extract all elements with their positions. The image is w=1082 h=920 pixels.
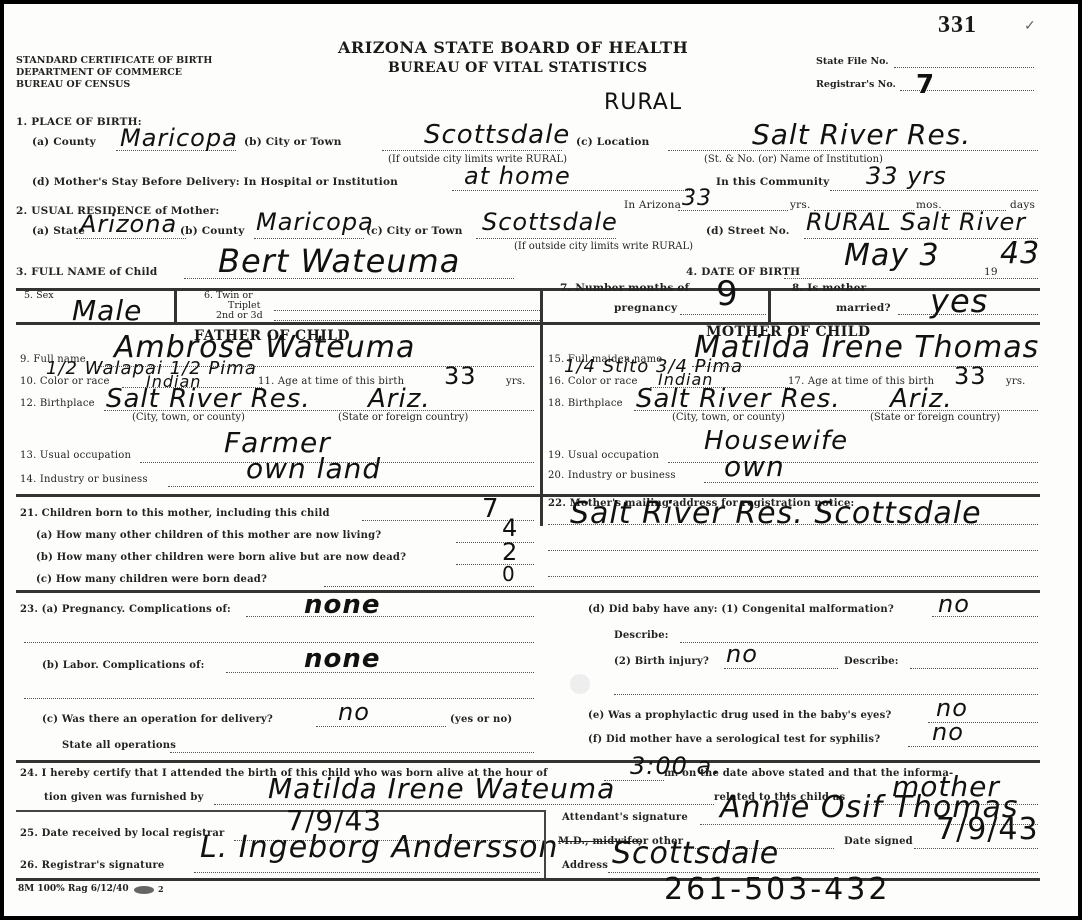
state-file-label: State File No. xyxy=(816,56,889,67)
location-label: (c) Location xyxy=(576,136,649,148)
children-stillborn-value: 0 xyxy=(502,562,516,586)
res-county-value: Maricopa xyxy=(256,208,374,236)
id-number: 261-503-432 xyxy=(664,872,890,907)
header-line-3: BUREAU OF CENSUS xyxy=(16,79,130,90)
mother-race-label: 16. Color or race xyxy=(548,376,638,387)
print-info: 8M 100% Rag 6/12/40 xyxy=(18,884,129,894)
date-signed-value: 7/9/43 xyxy=(936,812,1039,847)
mother-birthplace-state: Ariz. xyxy=(890,384,953,414)
married-value: yes xyxy=(930,282,988,320)
furnished-by-label: tion given was furnished by xyxy=(44,792,204,803)
father-occupation-label: 13. Usual occupation xyxy=(20,450,131,461)
certificate-number: 331 xyxy=(938,12,977,39)
date-signed-label: Date signed xyxy=(844,836,913,847)
father-birthplace-state: Ariz. xyxy=(368,384,431,414)
header-line-2: DEPARTMENT OF COMMERCE xyxy=(16,67,182,78)
malformation-label: (d) Did baby have any: (1) Congenital ma… xyxy=(588,604,894,615)
father-state-hint: (State or foreign country) xyxy=(338,412,468,423)
mailing-value: Salt River Res. Scottsdale xyxy=(570,496,982,531)
dob-label: 4. DATE OF BIRTH xyxy=(686,266,800,278)
father-industry-label: 14. Industry or business xyxy=(20,474,148,485)
community-value: 33 yrs xyxy=(866,162,947,190)
order-label: 2nd or 3d xyxy=(216,310,263,321)
birth-location-value: Salt River Res. xyxy=(752,118,971,151)
header-line-1: STANDARD CERTIFICATE OF BIRTH xyxy=(16,55,212,66)
res-city-value: Scottsdale xyxy=(482,208,618,236)
res-county-label: (b) County xyxy=(180,225,245,237)
res-street-value: RURAL Salt River xyxy=(806,208,1026,236)
father-birthplace-value: Salt River Res. xyxy=(106,384,311,414)
arizona-value: 33 xyxy=(682,186,712,211)
father-age-unit: yrs. xyxy=(506,376,526,387)
father-birthplace-label: 12. Birthplace xyxy=(20,398,95,409)
registrar-signature-value: L. Ingeborg Andersson xyxy=(200,830,558,865)
pregnancy-complications-value: none xyxy=(304,590,381,620)
county-label: (a) County xyxy=(32,136,96,148)
paper-blemish xyxy=(570,674,590,694)
married-label: 8. Is mother xyxy=(792,282,866,294)
check-mark-icon: ✓ xyxy=(1024,18,1036,34)
stay-label: (d) Mother's Stay Before Delivery: In Ho… xyxy=(32,176,398,188)
child-name-label: 3. FULL NAME of Child xyxy=(16,266,157,278)
mother-city-hint: (City, town, or county) xyxy=(672,412,785,423)
labor-complications-label: (b) Labor. Complications of: xyxy=(42,660,205,671)
mother-age-unit: yrs. xyxy=(1006,376,1026,387)
city-label: (b) City or Town xyxy=(244,136,342,148)
operation-value: no xyxy=(338,698,370,726)
rural-note: RURAL xyxy=(604,90,682,115)
document-subtitle: BUREAU OF VITAL STATISTICS xyxy=(388,60,648,76)
pregnancy-complications-label: 23. (a) Pregnancy. Complications of: xyxy=(20,604,231,615)
labor-complications-value: none xyxy=(304,644,381,674)
attendant-address-value: Scottsdale xyxy=(612,836,779,871)
registrar-signature-label: 26. Registrar's signature xyxy=(20,860,164,871)
mother-age-value: 33 xyxy=(954,362,987,390)
sex-label: 5. Sex xyxy=(24,290,54,301)
mother-industry-label: 20. Industry or business xyxy=(548,470,676,481)
children-total-label: 21. Children born to this mother, includ… xyxy=(20,508,330,519)
mother-state-hint: (State or foreign country) xyxy=(870,412,1000,423)
father-age-value: 33 xyxy=(444,362,477,390)
birth-injury-label: (2) Birth injury? xyxy=(614,656,709,667)
malformation-value: no xyxy=(938,590,970,618)
children-total-value: 7 xyxy=(482,494,500,524)
mother-birthplace-label: 18. Birthplace xyxy=(548,398,623,409)
mother-occupation-label: 19. Usual occupation xyxy=(548,450,659,461)
res-city-hint: (If outside city limits write RURAL) xyxy=(514,241,693,252)
birth-county-value: Maricopa xyxy=(120,124,238,152)
father-city-hint: (City, town, or county) xyxy=(132,412,245,423)
union-label-icon xyxy=(134,886,154,894)
children-stillborn-label: (c) How many children were born dead? xyxy=(36,574,267,585)
birth-certificate: 331 ✓ STANDARD CERTIFICATE OF BIRTH DEPA… xyxy=(4,4,1078,916)
res-state-label: (a) State xyxy=(32,225,85,237)
prophylactic-label: (e) Was a prophylactic drug used in the … xyxy=(588,710,891,721)
serological-label: (f) Did mother have a serological test f… xyxy=(588,734,880,745)
dob-year: 43 xyxy=(1000,236,1040,271)
arizona-label: In Arizona xyxy=(624,199,681,211)
mother-name-value: Matilda Irene Thomas xyxy=(694,330,1039,365)
months-value: 9 xyxy=(716,274,739,314)
date-received-label: 25. Date received by local registrar xyxy=(20,828,225,839)
operation-hint: (yes or no) xyxy=(450,714,512,725)
birth-city-value: Scottsdale xyxy=(424,120,570,150)
community-label: In this Community xyxy=(716,176,829,188)
injury-describe-label: Describe: xyxy=(844,656,899,667)
union-mark-number: 2 xyxy=(158,884,164,894)
res-street-label: (d) Street No. xyxy=(706,225,790,237)
furnished-by-value: Matilda Irene Wateuma xyxy=(268,772,615,805)
birth-injury-value: no xyxy=(726,640,758,668)
father-industry-value: own land xyxy=(246,452,381,485)
pregnancy-label: pregnancy xyxy=(614,302,677,314)
document-title: ARIZONA STATE BOARD OF HEALTH xyxy=(338,38,688,57)
father-race-label: 10. Color or race xyxy=(20,376,110,387)
res-city-label: (c) City or Town xyxy=(366,225,463,237)
attendant-label: Attendant's signature xyxy=(562,812,688,823)
dob-year-prefix: 19 xyxy=(984,266,998,278)
dob-value: May 3 xyxy=(844,238,940,273)
mother-industry-value: own xyxy=(724,450,785,483)
malformation-describe-label: Describe: xyxy=(614,630,669,641)
mother-race-note: 1/4 Stito 3/4 Pima xyxy=(564,356,743,377)
mother-birthplace-value: Salt River Res. xyxy=(636,384,841,414)
child-name-value: Bert Wateuma xyxy=(218,242,460,280)
stay-value: at home xyxy=(464,162,571,190)
state-operations-label: State all operations xyxy=(62,740,176,751)
registrar-no-label: Registrar's No. xyxy=(816,79,896,90)
operation-label: (c) Was there an operation for delivery? xyxy=(42,714,273,725)
children-dead-label: (b) How many other children were born al… xyxy=(36,552,406,563)
married-label-2: married? xyxy=(836,302,891,314)
location-hint: (St. & No. (or) Name of Institution) xyxy=(704,154,883,165)
months-label: 7. Number months of xyxy=(560,282,689,294)
address-label: Address xyxy=(562,860,608,871)
serological-value: no xyxy=(932,718,964,746)
children-living-label: (a) How many other children of this moth… xyxy=(36,530,381,541)
res-state-value: Arizona xyxy=(80,210,177,238)
registrar-no-value: 7 xyxy=(916,70,935,100)
